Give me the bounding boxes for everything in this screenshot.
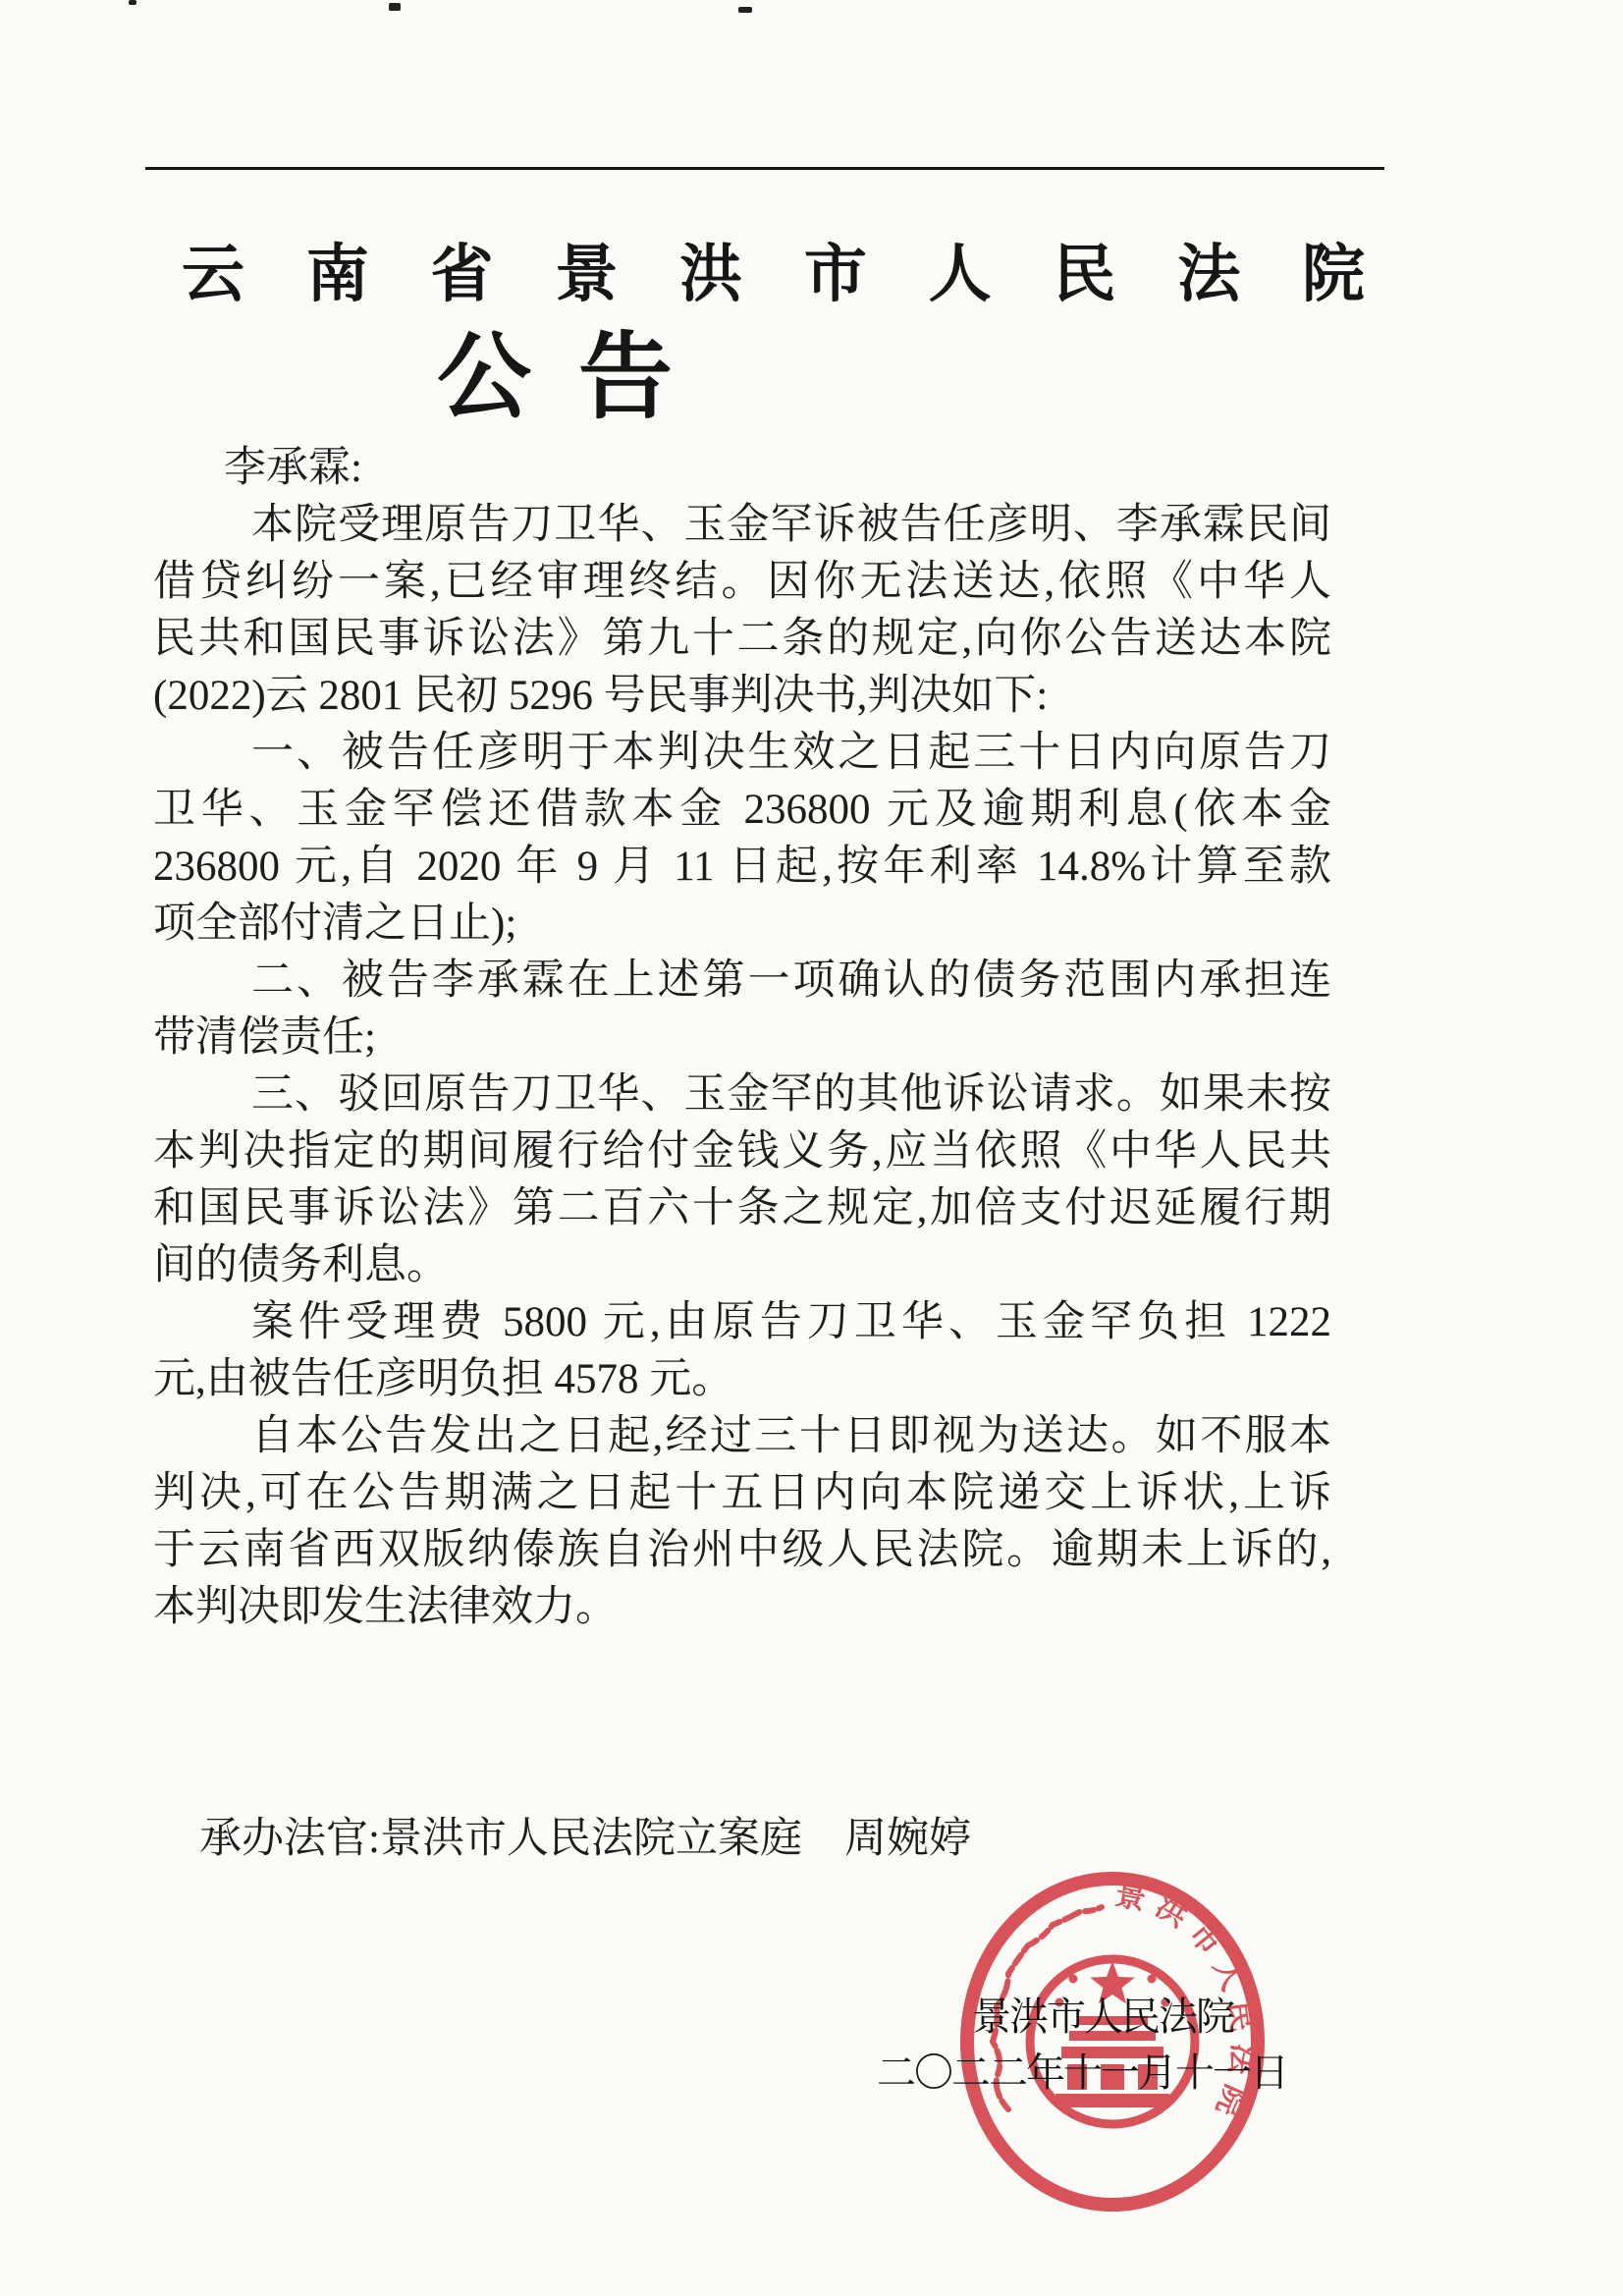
header-rule [145, 167, 1384, 170]
body-line: 带清偿责任; [153, 1010, 1331, 1066]
body-line: 和国民事诉讼法》第二百六十条之规定,加倍支付迟延履行期 [153, 1180, 1331, 1237]
body-line: 二、被告李承霖在上述第一项确认的债务范围内承担连 [153, 953, 1331, 1010]
scan-speck [129, 0, 136, 5]
notice-body: 李承霖: 本院受理原告刀卫华、玉金罕诉被告任彦明、李承霖民间 借贷纠纷一案,已经… [153, 440, 1331, 1636]
presiding-judge-line: 承办法官:景洪市人民法院立案庭 周婉婷 [199, 1811, 1476, 1868]
signature-court-name: 景洪市人民法院 [972, 1995, 1247, 2039]
body-line: 236800 元,自 2020 年 9 月 11 日起,按年利率 14.8%计算… [153, 839, 1331, 896]
body-line: 借贷纠纷一案,已经审理终结。因你无法送达,依照《中华人 [153, 554, 1331, 611]
body-line: (2022)云 2801 民初 5296 号民事判决书,判决如下: [153, 668, 1331, 725]
body-line: 三、驳回原告刀卫华、玉金罕的其他诉讼请求。如果未按 [153, 1066, 1331, 1123]
body-line: 元,由被告任彦明负担 4578 元。 [153, 1351, 1331, 1408]
official-seal: 景洪市人民法院 [957, 1869, 1268, 2214]
body-line: 判决,可在公告期满之日起十五日内向本院递交上诉状,上诉 [153, 1465, 1331, 1522]
body-line: 案件受理费 5800 元,由原告刀卫华、玉金罕负担 1222 [153, 1294, 1331, 1351]
body-line: 民共和国民事诉讼法》第九十二条的规定,向你公告送达本院 [153, 611, 1331, 668]
body-line: 于云南省西双版纳傣族自治州中级人民法院。逾期未上诉的, [153, 1522, 1331, 1579]
body-line: 一、被告任彦明于本判决生效之日起三十日内向原告刀 [153, 725, 1331, 782]
body-line: 本判决即发生法律效力。 [153, 1579, 1331, 1636]
addressee-line: 李承霖: [153, 440, 1331, 497]
body-line: 间的债务利息。 [153, 1237, 1331, 1294]
signature-date: 二〇二二年十一月十一日 [877, 2051, 1309, 2095]
body-line: 卫华、玉金罕偿还借款本金 236800 元及逾期利息(依本金 [153, 782, 1331, 839]
body-line: 本判决指定的期间履行给付金钱义务,应当依照《中华人民共 [153, 1123, 1331, 1180]
scan-speck [389, 3, 401, 11]
page-title: 云南省景洪市人民法院 [182, 239, 1365, 311]
body-line: 自本公告发出之日起,经过三十日即视为送达。如不服本 [153, 1408, 1331, 1465]
notice-title: 公告 [437, 324, 673, 432]
body-line: 本院受理原告刀卫华、玉金罕诉被告任彦明、李承霖民间 [153, 497, 1331, 554]
body-line: 项全部付清之日止); [153, 896, 1331, 953]
scan-speck [738, 7, 752, 13]
